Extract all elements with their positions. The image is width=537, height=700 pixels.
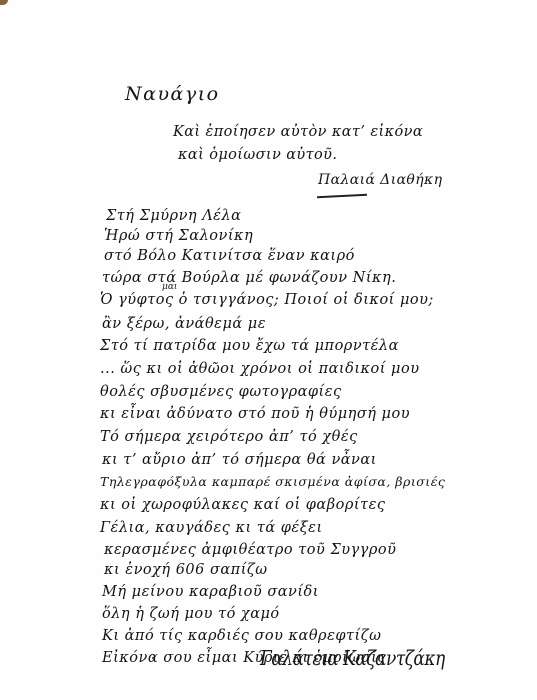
epigraph-source-underline bbox=[317, 194, 367, 198]
poem-line: κι εἶναι ἀδύνατο στό ποῦ ἡ θύμησή μου bbox=[100, 406, 410, 422]
poem-line: στό Βόλο Κατινίτσα ἕναν καιρό bbox=[104, 248, 355, 264]
poem-line: ὅλη ἡ ζωή μου τό χαμό bbox=[102, 606, 280, 622]
poem-line: ... ὥς κι οἱ ἀθῶοι χρόνοι οἱ παιδικοί μο… bbox=[100, 361, 420, 377]
poem-line: κι ἐνοχή 606 σαπίζω bbox=[104, 562, 268, 578]
correction-superscript: μαι bbox=[162, 282, 177, 292]
epigraph-line-2: καὶ ὁμοίωσιν αὐτοῦ. bbox=[178, 147, 337, 163]
epigraph-source: Παλαιά Διαθήκη bbox=[318, 172, 442, 188]
ink-dot bbox=[152, 657, 154, 659]
poem-line: Γέλια, καυγάδες κι τά φέξει bbox=[100, 520, 323, 536]
scan-corner-mark bbox=[0, 0, 8, 5]
poem-title: Ναυάγιο bbox=[125, 83, 220, 105]
poem-line: τώρα στά Βούρλα μέ φωνάζουν Νίκη. bbox=[102, 270, 396, 286]
poem-line: Ὁ γύφτος ὁ τσιγγάνος; Ποιοί οἱ δικοί μου… bbox=[100, 292, 434, 308]
epigraph-line-1: Καὶ ἐποίησεν αὐτὸν κατ’ εἰκόνα bbox=[173, 124, 423, 140]
poem-line: Τό σήμερα χειρότερο ἀπ’ τό χθές bbox=[100, 429, 358, 445]
poem-line: κερασμένες ἀμφιθέατρο τοῦ Συγγροῦ bbox=[104, 542, 396, 558]
poem-line: Στό τί πατρίδα μου ἔχω τά μπορντέλα bbox=[100, 338, 399, 354]
poem-line: ἂν ξέρω, ἀνάθεμά με bbox=[102, 316, 266, 332]
poem-line: κι οἱ χωροφύλακες καί οἱ φαβορίτες bbox=[100, 497, 385, 513]
poem-line: θολές σβυσμένες φωτογραφίες bbox=[100, 384, 342, 400]
poem-line: Τηλεγραφόξυλα καμπαρέ σκισμένα ἀφίσα, βρ… bbox=[100, 474, 445, 489]
poem-line: Ἡρώ στή Σαλονίκη bbox=[104, 228, 253, 244]
poem-line: κι τ’ αὔριο ἀπ’ τό σήμερα θά νἆναι bbox=[102, 452, 377, 468]
author-signature: Γαλάτεια Καζαντζάκη bbox=[260, 647, 445, 671]
poem-line: Κι ἀπό τίς καρδιές σου καθρεφτίζω bbox=[102, 628, 381, 644]
poem-line: Μή μείνου καραβιοῦ σανίδι bbox=[102, 584, 319, 600]
manuscript-page: Ναυάγιο Καὶ ἐποίησεν αὐτὸν κατ’ εἰκόνα κ… bbox=[0, 0, 537, 700]
poem-line: Στή Σμύρνη Λέλα bbox=[106, 208, 241, 224]
